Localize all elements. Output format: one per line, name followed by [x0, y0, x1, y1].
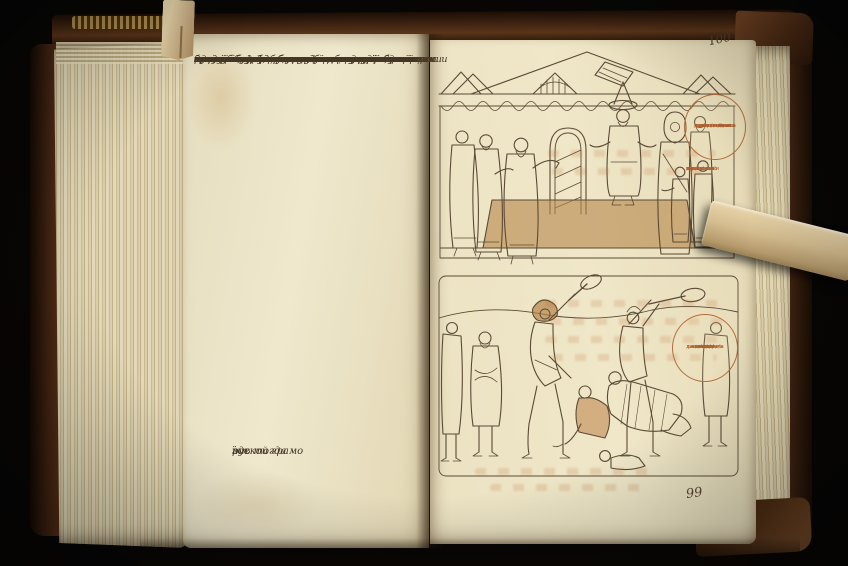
onlooker-figures [441, 323, 502, 462]
parchment-stain [196, 470, 316, 540]
prince-figure [590, 82, 656, 205]
marginal-medallion-bottom: о нихпо царючалкаданєрать пошидѣлиц го и… [672, 314, 738, 382]
ink-bleedthrough [545, 300, 725, 307]
ink-bleedthrough [475, 468, 655, 475]
manuscript-photo: рѣколоже . ипоби нѣкухъ бѣжащїи гнимъ . … [0, 0, 848, 566]
gilt-tooling-band [72, 16, 168, 29]
left-fore-edge-page-stack [54, 42, 188, 548]
colophon-line: ї [232, 444, 235, 460]
ink-bleedthrough [548, 150, 716, 157]
roofline [441, 52, 731, 94]
manuscript-text-column: рѣколоже . ипоби нѣкухъ бѣжащїи гнимъ . … [194, 52, 428, 448]
dais-platform [483, 200, 695, 248]
marginal-medallion-top: о сильисказавшаревниха данагорана копїиз… [684, 94, 746, 160]
victim-small [600, 451, 645, 470]
wooden-page-clip [161, 0, 195, 61]
medallion-text-line: тїє вкамни [701, 124, 729, 130]
margin-note-line: ницѣ х [686, 166, 704, 174]
ink-bleedthrough [490, 484, 650, 491]
book-bottom-shadow [140, 538, 800, 566]
folio-number-bottom: 99 [685, 485, 703, 502]
manuscript-text-line: великїи кнзь , иповелѣ ихъ изучити [194, 52, 383, 68]
medallion-text-line: мѣстѣ [697, 345, 713, 351]
